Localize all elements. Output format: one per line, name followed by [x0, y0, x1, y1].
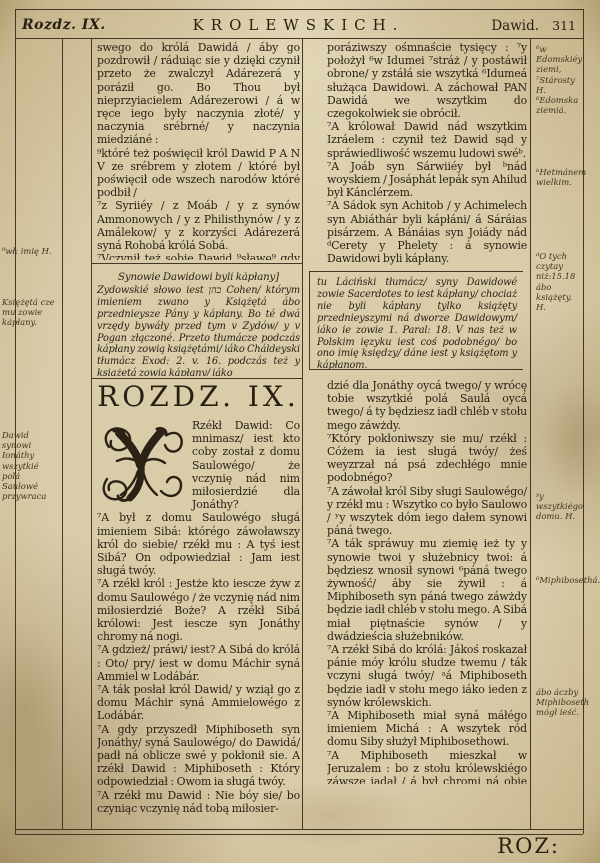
running-head-name: Dawid. [491, 18, 539, 34]
verse-block: 14poráziwszy ośmnaście tysięcy : ⁷y poło… [327, 41, 527, 120]
margin-note: ᵇHetmánem wielkim. [536, 167, 582, 187]
page-header: Rozdz. IX. KROLEWSKICH. Dawid. 311 [16, 11, 582, 38]
verse-text: ⁷A rzékł Sibá do królá: Jákoś roskazał p… [327, 643, 527, 709]
verse-text: ⁷A ták spráwuy mu ziemię ież ty y synowi… [327, 537, 527, 642]
verse-text: dzié dla Jonáthy oycá twego/ y wrócę tob… [327, 379, 527, 432]
verse-text: ⁷A Miphiboseth mieszkał w Jeruzalem : bo… [327, 749, 527, 784]
verse-block: 17⁷A Sádok syn Achitob / y Achimelech sy… [327, 199, 527, 265]
verse-text: ⁷A Miphiboseth miał syná máłégo imieniem… [327, 709, 527, 748]
text-column-right-ch8: 14poráziwszy ośmnaście tysięcy : ⁷y poło… [327, 41, 527, 265]
running-title: KROLEWSKICH. [193, 16, 405, 34]
section-rule-left [91, 263, 302, 264]
verse-text: ⁷A gdy przyszedł Miphiboseth syn Jonáthy… [97, 723, 300, 789]
margin-note: Dawid synowi Ionáthy wszytkié polá Saulo… [2, 430, 58, 501]
margin-note: ʸy wszytkiégo domu. H. [536, 491, 582, 522]
commentary-note-left: 17 Synowie Dawidowi byli kápłany] Zydows… [97, 272, 300, 376]
commentary-note-right-box: tu Láciński tłumácz/ syny Dawidowé zowie… [309, 271, 523, 370]
verse-block: 11⁹któré też poświęcił król Dawid P A N … [97, 147, 300, 200]
verse-block: 2⁷A był z domu Saulowégo sługá imieniem … [97, 511, 300, 577]
text-column-left-ch8: swego do królá Dawidá / áby go pozdrowił… [97, 41, 300, 260]
verse-text: ⁷A rzékł mu Dawid : Nie bóy sie/ bo czyn… [97, 789, 300, 815]
verse-text: ⁷A był z domu Saulowégo sługá imieniem S… [97, 511, 300, 577]
text-column-left-ch9: 1 ARzékł Dawid: Co mnimasz/ iest kto cob… [97, 419, 300, 832]
verse-block: 8⁷Który pokłoniwszy sie mu/ rzékł : Cóże… [327, 432, 527, 485]
verse-block: swego do królá Dawidá / áby go pozdrowił… [97, 41, 300, 147]
verse-text: ⁷z Syriiéy / z Moáb / y z synów Ammonowy… [97, 199, 300, 252]
margin-note: ⁶w Edomskiéy ziemi, ⁷Stárosty H. ⁶Edomsk… [536, 44, 582, 115]
verse-block: 3⁷A rzékł król : Jestże kto iescze żyw z… [97, 577, 300, 643]
commentary-text: tu Láciński tłumácz/ syny Dawidowé zowie… [317, 277, 517, 370]
verse-block: 1 ARzékł Dawid: Co mnimasz/ iest kto cob… [97, 419, 300, 511]
verse-text: ⁷A ták posłał król Dawid/ y wziął go z d… [97, 683, 300, 722]
verse-text: ⁷A Sádok syn Achitob / y Achimelech syn … [327, 199, 527, 265]
verse-text: poráziwszy ośmnaście tysięcy : ⁷y położy… [327, 41, 527, 120]
verse-block: dzié dla Jonáthy oycá twego/ y wrócę tob… [327, 379, 527, 432]
verse-block: 12⁷z Syriiéy / z Moáb / y z synów Ammono… [97, 199, 300, 252]
margin-note: ⁶Miphibosethá. [536, 575, 582, 585]
catchword: ROZ: [497, 834, 560, 858]
scanned-book-page: Rozdz. IX. KROLEWSKICH. Dawid. 311 swego… [0, 0, 600, 863]
verse-block: 13⁷A Miphiboseth mieszkał w Jeruzalem : … [327, 749, 527, 784]
commentary-text: Zydowskié słowo iest כהן Cohen/ którym i… [97, 285, 300, 376]
frame-rule-right [583, 9, 584, 834]
verse-text: swego do królá Dawidá / áby go pozdrowił… [97, 41, 300, 146]
margin-notes-right: ⁶w Edomskiéy ziemi, ⁷Stárosty H. ⁶Edomsk… [536, 0, 582, 863]
commentary-lemma: Synowie Dawidowi byli kápłany] [97, 272, 300, 284]
margin-note: ⁹wł: imię H. [2, 246, 58, 256]
verse-block: 4 B⁷A gdzież/ práwi/ iest? A Sibá do kró… [97, 643, 300, 683]
margin-notes-left: ⁹wł: imię H. Księżętá cze mu zowie kápła… [2, 0, 58, 863]
verse-text: ⁷A Joáb syn Sárwiiéy był ᵇnád woyskiem /… [327, 160, 527, 199]
verse-text: ⁷A rzékł król : Jestże kto iescze żyw z … [97, 577, 300, 643]
verse-text: ⁹któré też poświęcił król Dawid P A N V … [97, 147, 300, 200]
text-column-right-ch9: dzié dla Jonáthy oycá twego/ y wrócę tob… [327, 379, 527, 784]
verse-text: ⁷Vczynił też sobie Dawid ⁹sławę⁹ gdy sie… [97, 252, 300, 260]
margin-note: ábo áczby Miphiboseth mógł ieść. [536, 687, 582, 718]
verse-block: 5⁷A ták posłał król Dawid/ y wziął go z … [97, 683, 300, 723]
column-rule-center [302, 38, 303, 830]
verse-block: 12⁷A Miphiboseth miał syná máłégo imieni… [327, 709, 527, 749]
verse-block: 13 D⁷Vczynił też sobie Dawid ⁹sławę⁹ gdy… [97, 252, 300, 260]
verse-text: ⁷Który pokłoniwszy sie mu/ rzékł : Cóżem… [327, 432, 527, 485]
verse-block: 10 D⁷A ták spráwuy mu ziemię ież ty y sy… [327, 537, 527, 643]
verse-text: Rzékł Dawid: Co mnimasz/ iest kto coby z… [192, 419, 300, 511]
column-rule-gutter-left [91, 38, 92, 830]
margin-note: Księżętá cze mu zowie kápłany. [2, 297, 58, 328]
verse-block: 7 C⁷A rzékł mu Dawid : Nie bóy sie/ bo c… [97, 789, 300, 815]
chapter-heading: ROZDZ. IX. [97, 382, 300, 412]
column-rule-margin-left [62, 38, 63, 830]
column-rule-margin-right [530, 38, 531, 830]
margin-note: ᵈO tych czytay niż:15.18 ábo książęty. H… [536, 251, 582, 312]
header-rule-bottom [15, 38, 583, 39]
verse-block: 6⁷A gdy przyszedł Miphiboseth syn Jonáth… [97, 723, 300, 789]
verse-block: 16⁷A Joáb syn Sárwiiéy był ᵇnád woyskiem… [327, 160, 527, 200]
verse-text: ⁷A gdzież/ práwi/ iest? A Sibá do królá … [97, 643, 300, 682]
verse-block: 9⁷A záwołał król Siby sługi Saulowégo/ y… [327, 485, 527, 538]
verse-block: 15⁷A królował Dawid nád wszytkim Izráele… [327, 120, 527, 160]
verse-block: 11⁷A rzékł Sibá do królá: Jákoś roskazał… [327, 643, 527, 709]
verse-text: ⁷A záwołał król Siby sługi Saulowégo/ y … [327, 485, 527, 538]
verse-text: ⁷A królował Dawid nád wszytkim Izráelem … [327, 120, 527, 159]
